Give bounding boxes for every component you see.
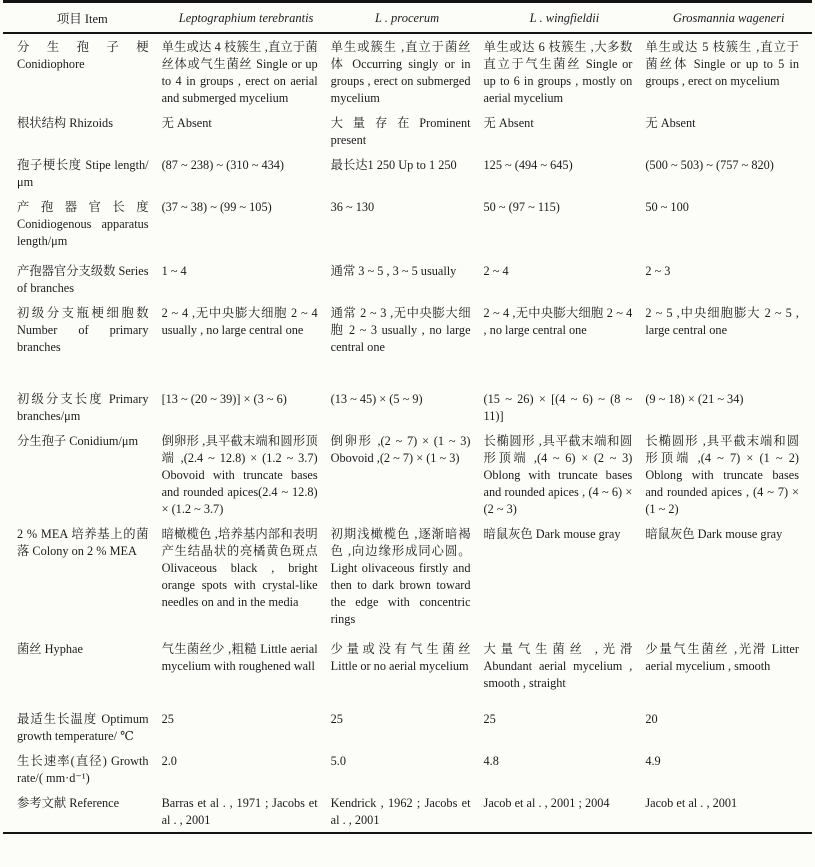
row-item-label: 初级分支瓶梗细胞数 Number of primary branches — [3, 300, 162, 386]
table-cell: 36 ~ 130 — [331, 194, 484, 258]
table-cell: [13 ~ (20 ~ 39)] × (3 ~ 6) — [162, 386, 331, 428]
table-cell: 初期浅橄榄色 ,逐渐暗褐色 ,向边缘形成同心圆。Light olivaceous… — [331, 521, 484, 636]
table-cell: 25 — [484, 706, 646, 748]
table-cell: (15 ~ 26) × [(4 ~ 6) ~ (8 ~ 11)] — [484, 386, 646, 428]
table-cell: 20 — [645, 706, 812, 748]
row-item-label: 分生孢子 Conidium/μm — [3, 428, 162, 521]
table-cell: 50 ~ (97 ~ 115) — [484, 194, 646, 258]
table-cell: (87 ~ 238) ~ (310 ~ 434) — [162, 152, 331, 194]
table-row: 初级分支瓶梗细胞数 Number of primary branches2 ~ … — [3, 300, 812, 386]
table-row: 根状结构 Rhizoids无 Absent大 量 存 在 Prominent p… — [3, 110, 812, 152]
table-cell: 无 Absent — [162, 110, 331, 152]
table-cell: 通常 3 ~ 5 , 3 ~ 5 usually — [331, 258, 484, 300]
table-cell: 2 ~ 3 — [645, 258, 812, 300]
table-cell: (13 ~ 45) × (5 ~ 9) — [331, 386, 484, 428]
column-header-l-wingfieldii: L . wingfieldii — [484, 2, 646, 34]
table-cell: 4.8 — [484, 748, 646, 790]
table-cell: 倒卵形 ,(2 ~ 7) × (1 ~ 3) Obovoid ,(2 ~ 7) … — [331, 428, 484, 521]
table-row: 孢子梗长度 Stipe length/μm(87 ~ 238) ~ (310 ~… — [3, 152, 812, 194]
table-row: 参考文献 ReferenceBarras et al . , 1971 ; Ja… — [3, 790, 812, 833]
row-item-label: 初级分支长度 Primary branches/μm — [3, 386, 162, 428]
table-cell: 2 ~ 4 — [484, 258, 646, 300]
table-cell: 25 — [162, 706, 331, 748]
table-cell: 2 ~ 5 ,中央细胞膨大 2 ~ 5 , large central one — [645, 300, 812, 386]
table-row: 分生孢子梗 Conidiophore单生或达 4 枝簇生 ,直立于菌丝体或气生菌… — [3, 33, 812, 110]
column-header-item: 项目 Item — [3, 2, 162, 34]
table-cell: 长椭圆形 ,具平截末端和圆形顶端 ,(4 ~ 6) × (2 ~ 3) Oblo… — [484, 428, 646, 521]
table-cell: 大量气生菌丝 ,光滑 Abundant aerial mycelium , sm… — [484, 636, 646, 706]
table-cell: 50 ~ 100 — [645, 194, 812, 258]
table-body: 分生孢子梗 Conidiophore单生或达 4 枝簇生 ,直立于菌丝体或气生菌… — [3, 33, 812, 833]
table-cell: 单生或簇生 ,直立于菌丝体 Occurring singly or in gro… — [331, 33, 484, 110]
species-comparison-table: 项目 Item Leptographium terebrantis L . pr… — [3, 0, 812, 834]
table-cell: 少量或没有气生菌丝 Little or no aerial mycelium — [331, 636, 484, 706]
table-row: 产孢器官长度 Conidiogenous apparatus length/μm… — [3, 194, 812, 258]
table-cell: 1 ~ 4 — [162, 258, 331, 300]
table-cell: 4.9 — [645, 748, 812, 790]
table-cell: 长椭圆形 ,具平截末端和圆形顶端 ,(4 ~ 7) × (1 ~ 2) Oblo… — [645, 428, 812, 521]
column-header-grosmannia-wageneri: Grosmannia wageneri — [645, 2, 812, 34]
table-cell: 通常 2 ~ 3 ,无中央膨大细胞 2 ~ 3 usually , no lar… — [331, 300, 484, 386]
table-cell: 倒卵形 ,具平截末端和圆形顶端 ,(2.4 ~ 12.8) × (1.2 ~ 3… — [162, 428, 331, 521]
table-row: 产孢器官分支级数 Series of branches1 ~ 4通常 3 ~ 5… — [3, 258, 812, 300]
row-item-label: 根状结构 Rhizoids — [3, 110, 162, 152]
table-cell: 无 Absent — [645, 110, 812, 152]
table-cell: Kendrick , 1962 ; Jacobs et al . , 2001 — [331, 790, 484, 833]
row-item-label: 菌丝 Hyphae — [3, 636, 162, 706]
table-header: 项目 Item Leptographium terebrantis L . pr… — [3, 2, 812, 34]
column-header-l-procerum: L . procerum — [331, 2, 484, 34]
table-row: 生长速率(直径) Growth rate/( mm·d⁻¹)2.05.04.84… — [3, 748, 812, 790]
table-cell: (9 ~ 18) × (21 ~ 34) — [645, 386, 812, 428]
table-cell: 125 ~ (494 ~ 645) — [484, 152, 646, 194]
row-item-label: 参考文献 Reference — [3, 790, 162, 833]
table-cell: 暗鼠灰色 Dark mouse gray — [645, 521, 812, 636]
table-row: 2 % MEA 培养基上的菌落 Colony on 2 % MEA暗橄榄色 ,培… — [3, 521, 812, 636]
table-cell: 无 Absent — [484, 110, 646, 152]
table-cell: 暗橄榄色 ,培养基内部和表明产生结晶状的亮橘黄色斑点 Olivaceous bl… — [162, 521, 331, 636]
table-cell: Barras et al . , 1971 ; Jacobs et al . ,… — [162, 790, 331, 833]
table-cell: 大 量 存 在 Prominent present — [331, 110, 484, 152]
row-item-label: 产孢器官分支级数 Series of branches — [3, 258, 162, 300]
table-cell: 2.0 — [162, 748, 331, 790]
paper-page: 项目 Item Leptographium terebrantis L . pr… — [0, 0, 815, 867]
table-row: 菌丝 Hyphae气生菌丝少 ,粗糙 Little aerial myceliu… — [3, 636, 812, 706]
row-item-label: 孢子梗长度 Stipe length/μm — [3, 152, 162, 194]
table-cell: 5.0 — [331, 748, 484, 790]
table-row: 初级分支长度 Primary branches/μm[13 ~ (20 ~ 39… — [3, 386, 812, 428]
column-header-leptographium-terebrantis: Leptographium terebrantis — [162, 2, 331, 34]
table-cell: Jacob et al . , 2001 ; 2004 — [484, 790, 646, 833]
table-row: 分生孢子 Conidium/μm倒卵形 ,具平截末端和圆形顶端 ,(2.4 ~ … — [3, 428, 812, 521]
table-cell: 暗鼠灰色 Dark mouse gray — [484, 521, 646, 636]
header-row: 项目 Item Leptographium terebrantis L . pr… — [3, 2, 812, 34]
table-cell: 单生或达 6 枝簇生 ,大多数直立于气生菌丝 Single or up to 6… — [484, 33, 646, 110]
table-cell: 单生或达 5 枝簇生 ,直立于菌丝体 Single or up to 5 in … — [645, 33, 812, 110]
table-cell: (500 ~ 503) ~ (757 ~ 820) — [645, 152, 812, 194]
row-item-label: 生长速率(直径) Growth rate/( mm·d⁻¹) — [3, 748, 162, 790]
row-item-label: 分生孢子梗 Conidiophore — [3, 33, 162, 110]
table-cell: 25 — [331, 706, 484, 748]
row-item-label: 产孢器官长度 Conidiogenous apparatus length/μm — [3, 194, 162, 258]
table-cell: 2 ~ 4 ,无中央膨大细胞 2 ~ 4 , no large central … — [484, 300, 646, 386]
table-cell: 少量气生菌丝 ,光滑 Litter aerial mycelium , smoo… — [645, 636, 812, 706]
table-cell: (37 ~ 38) ~ (99 ~ 105) — [162, 194, 331, 258]
table-cell: 气生菌丝少 ,粗糙 Little aerial mycelium with ro… — [162, 636, 331, 706]
table-cell: 单生或达 4 枝簇生 ,直立于菌丝体或气生菌丝 Single or up to … — [162, 33, 331, 110]
table-row: 最适生长温度 Optimum growth temperature/ ℃2525… — [3, 706, 812, 748]
table-cell: Jacob et al . , 2001 — [645, 790, 812, 833]
table-cell: 最长达1 250 Up to 1 250 — [331, 152, 484, 194]
row-item-label: 最适生长温度 Optimum growth temperature/ ℃ — [3, 706, 162, 748]
row-item-label: 2 % MEA 培养基上的菌落 Colony on 2 % MEA — [3, 521, 162, 636]
table-cell: 2 ~ 4 ,无中央膨大细胞 2 ~ 4 usually , no large … — [162, 300, 331, 386]
